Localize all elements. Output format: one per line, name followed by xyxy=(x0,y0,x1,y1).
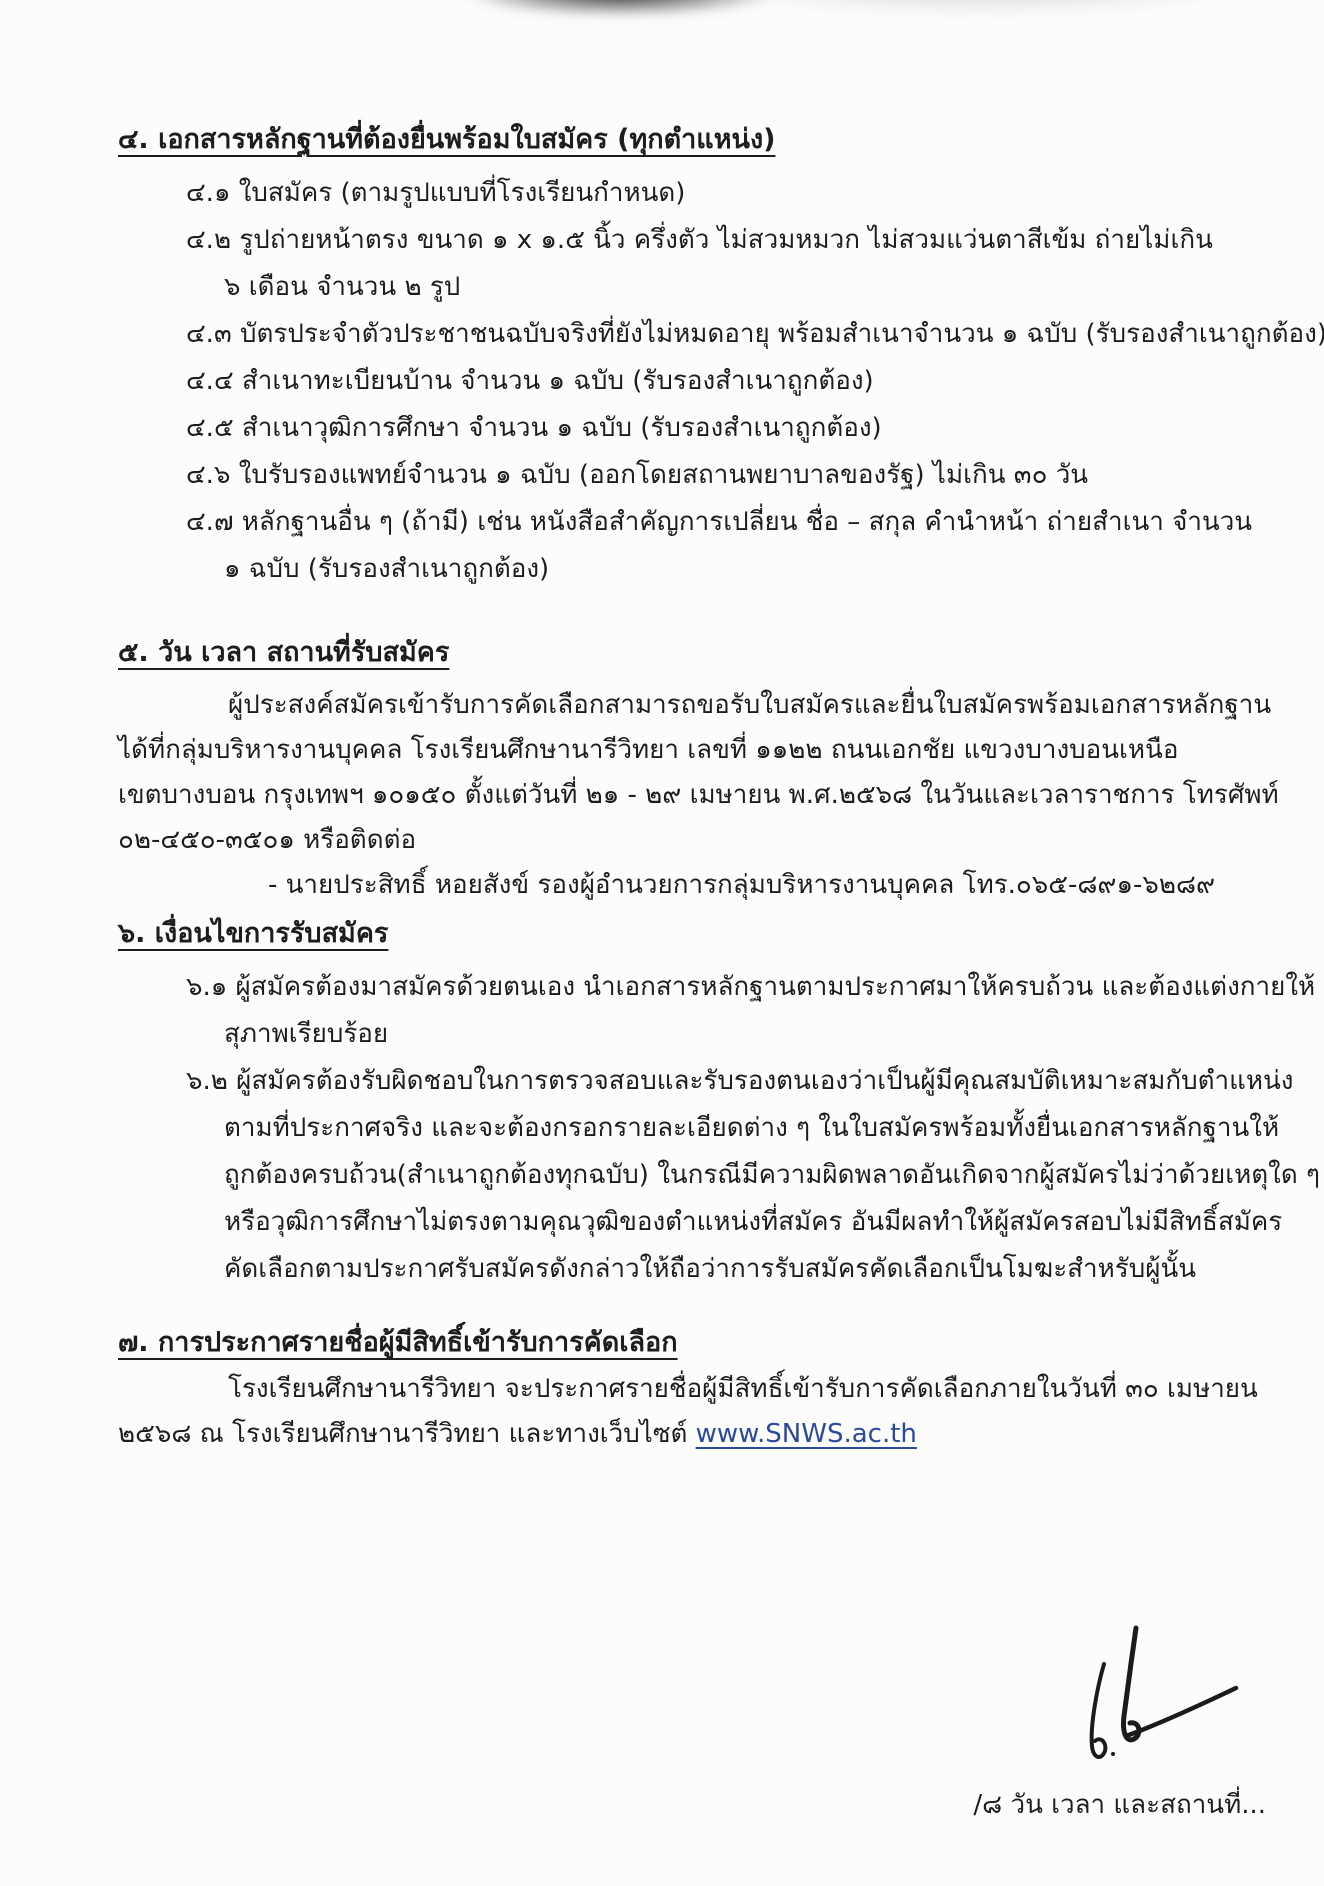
section4-item-4-5: ๔.๕ สำเนาวุฒิการศึกษา จำนวน ๑ ฉบับ (รับร… xyxy=(186,405,1260,452)
signature xyxy=(1082,1622,1252,1780)
section4-item-4-7: ๔.๗ หลักฐานอื่น ๆ (ถ้ามี) เช่น หนังสือสำ… xyxy=(186,499,1260,546)
section6-item-6-2-cont4: คัดเลือกตามประกาศรับสมัครดังกล่าวให้ถือว… xyxy=(224,1246,1260,1293)
section7-paragraph: โรงเรียนศึกษานารีวิทยา จะประกาศรายชื่อผู… xyxy=(118,1367,1260,1457)
section6-item-6-2-cont2: ถูกต้องครบถ้วน(สำเนาถูกต้องทุกฉบับ) ในกร… xyxy=(224,1152,1260,1199)
section6-item-6-2-cont1: ตามที่ประกาศจริง และจะต้องกรอกรายละเอียด… xyxy=(224,1105,1260,1152)
section4-item-4-7-cont: ๑ ฉบับ (รับรองสำเนาถูกต้อง) xyxy=(224,546,1260,593)
section6-item-6-1-cont: สุภาพเรียบร้อย xyxy=(224,1011,1260,1058)
section4-item-4-1: ๔.๑ ใบสมัคร (ตามรูปแบบที่โรงเรียนกำหนด) xyxy=(186,170,1260,217)
section6-item-6-2-cont3: หรือวุฒิการศึกษาไม่ตรงตามคุณวุฒิของตำแหน… xyxy=(224,1199,1260,1246)
section4-item-4-2: ๔.๒ รูปถ่ายหน้าตรง ขนาด ๑ x ๑.๕ นิ้ว ครึ… xyxy=(186,217,1260,264)
section5-line-2: ได้ที่กลุ่มบริหารงานบุคคล โรงเรียนศึกษาน… xyxy=(118,728,1260,773)
school-website-link[interactable]: www.SNWS.ac.th xyxy=(696,1419,917,1449)
section7-line-2-text: ๒๕๖๘ ณ โรงเรียนศึกษานารีวิทยา และทางเว็บ… xyxy=(118,1419,696,1449)
scan-artifact-light xyxy=(700,0,1260,16)
section7-heading: ๗. การประกาศรายชื่อผู้มีสิทธิ์เข้ารับการ… xyxy=(118,1323,1260,1363)
next-page-note: /๘ วัน เวลา และสถานที่... xyxy=(973,1788,1266,1822)
section7-line-2: ๒๕๖๘ ณ โรงเรียนศึกษานารีวิทยา และทางเว็บ… xyxy=(118,1412,1260,1457)
scan-artifact-dark xyxy=(470,0,770,16)
section6-heading: ๖. เงื่อนไขการรับสมัคร xyxy=(118,914,1260,954)
section4-item-4-2-cont: ๖ เดือน จำนวน ๒ รูป xyxy=(224,264,1260,311)
section4-item-4-3: ๔.๓ บัตรประจำตัวประชาชนฉบับจริงที่ยังไม่… xyxy=(186,311,1260,358)
document-content: ๔. เอกสารหลักฐานที่ต้องยื่นพร้อมใบสมัคร … xyxy=(118,120,1260,1457)
section4-item-4-6: ๔.๖ ใบรับรองแพทย์จำนวน ๑ ฉบับ (ออกโดยสถา… xyxy=(186,452,1260,499)
section7-line-1: โรงเรียนศึกษานารีวิทยา จะประกาศรายชื่อผู… xyxy=(228,1367,1260,1412)
section5-heading: ๕. วัน เวลา สถานที่รับสมัคร xyxy=(118,633,1260,673)
section6-item-6-2: ๖.๒ ผู้สมัครต้องรับผิดชอบในการตรวจสอบและ… xyxy=(186,1058,1260,1105)
section5-line-4: ๐๒-๔๕๐-๓๕๐๑ หรือติดต่อ xyxy=(118,818,1260,863)
section4-item-4-4: ๔.๔ สำเนาทะเบียนบ้าน จำนวน ๑ ฉบับ (รับรอ… xyxy=(186,358,1260,405)
section5-line-3: เขตบางบอน กรุงเทพฯ ๑๐๑๕๐ ตั้งแต่วันที่ ๒… xyxy=(118,773,1260,818)
document-page: ๔. เอกสารหลักฐานที่ต้องยื่นพร้อมใบสมัคร … xyxy=(0,0,1324,1886)
section4-heading: ๔. เอกสารหลักฐานที่ต้องยื่นพร้อมใบสมัคร … xyxy=(118,120,1260,160)
section5-line-1: ผู้ประสงค์สมัครเข้ารับการคัดเลือกสามารถข… xyxy=(228,683,1260,728)
section6-item-6-1: ๖.๑ ผู้สมัครต้องมาสมัครด้วยตนเอง นำเอกสา… xyxy=(186,964,1260,1011)
section5-contact-line: - นายประสิทธิ์ หอยสังข์ รองผู้อำนวยการกล… xyxy=(268,863,1260,908)
section5-paragraph: ผู้ประสงค์สมัครเข้ารับการคัดเลือกสามารถข… xyxy=(118,683,1260,908)
section6-items: ๖.๑ ผู้สมัครต้องมาสมัครด้วยตนเอง นำเอกสา… xyxy=(118,964,1260,1293)
